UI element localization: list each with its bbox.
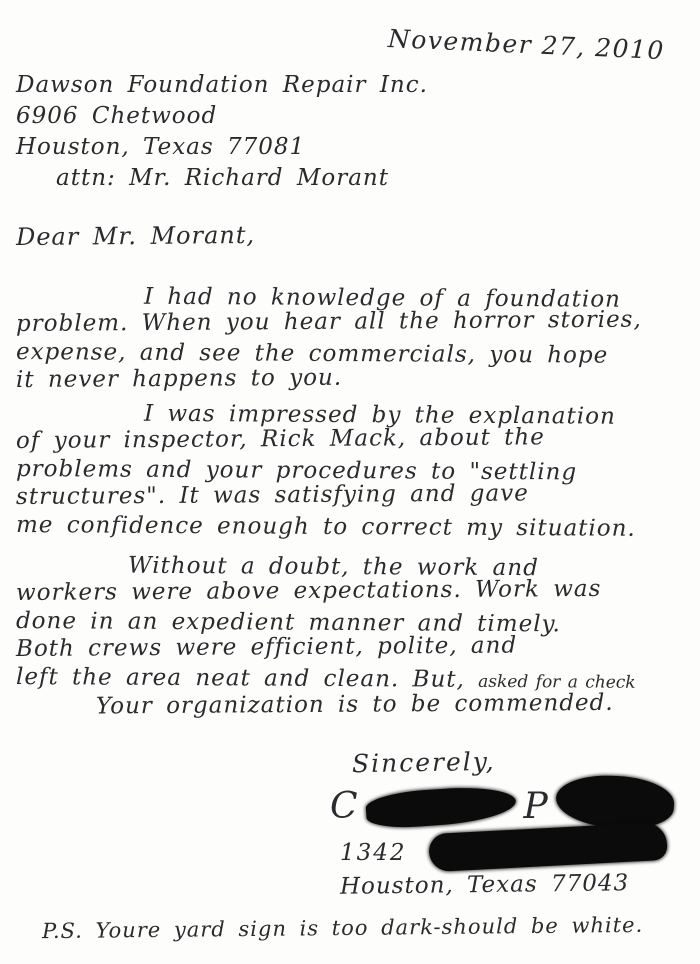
sender-street-number: 1342 — [340, 840, 407, 866]
sender-street-row: 1342 — [340, 840, 667, 866]
recipient-street: 6906 Chetwood — [16, 101, 428, 132]
salutation: Dear Mr. Morant, — [16, 221, 255, 251]
signature-row: C P — [330, 786, 674, 828]
paragraph-2: I was impressed by the explanation of yo… — [16, 399, 636, 539]
letter-line: problem. When you hear all the horror st… — [16, 306, 642, 338]
letter-line: Your organization is to be commended. — [16, 689, 636, 721]
letter-line: me confidence enough to correct my situa… — [16, 511, 636, 543]
paragraph-3: Without a doubt, the work and workers we… — [16, 551, 636, 721]
recipient-address-block: Dawson Foundation Repair Inc. 6906 Chetw… — [16, 70, 428, 194]
paragraph-1: I had no knowledge of a foundation probl… — [16, 282, 642, 394]
letter-line-text: left the area neat and clean. But, — [16, 664, 465, 693]
redaction-block — [364, 784, 516, 830]
signature-first-initial: C — [330, 787, 358, 827]
redaction-block — [428, 822, 668, 872]
letter-line: it never happens to you. — [16, 362, 642, 394]
letter-line: Both crews were efficient, polite, and — [16, 631, 636, 663]
recipient-city: Houston, Texas 77081 — [16, 132, 428, 163]
letter-line: workers were above expectations. Work wa… — [16, 575, 636, 607]
recipient-attn: attn: Mr. Richard Morant — [56, 163, 428, 194]
recipient-company: Dawson Foundation Repair Inc. — [16, 70, 428, 101]
closing: Sincerely, — [352, 747, 496, 779]
letter-line: structures". It was satisfying and gave — [16, 479, 636, 511]
signature-last-initial: P — [524, 787, 548, 827]
letter-line: of your inspector, Rick Mack, about the — [16, 423, 636, 455]
letter-date: November 27, 2010 — [387, 24, 665, 65]
sender-city-line: Houston, Texas 77043 — [340, 870, 629, 900]
postscript: P.S. Youre yard sign is too dark-should … — [42, 913, 643, 943]
redaction-block — [555, 773, 676, 831]
scanned-letter-page: November 27, 2010 Dawson Foundation Repa… — [0, 0, 700, 964]
